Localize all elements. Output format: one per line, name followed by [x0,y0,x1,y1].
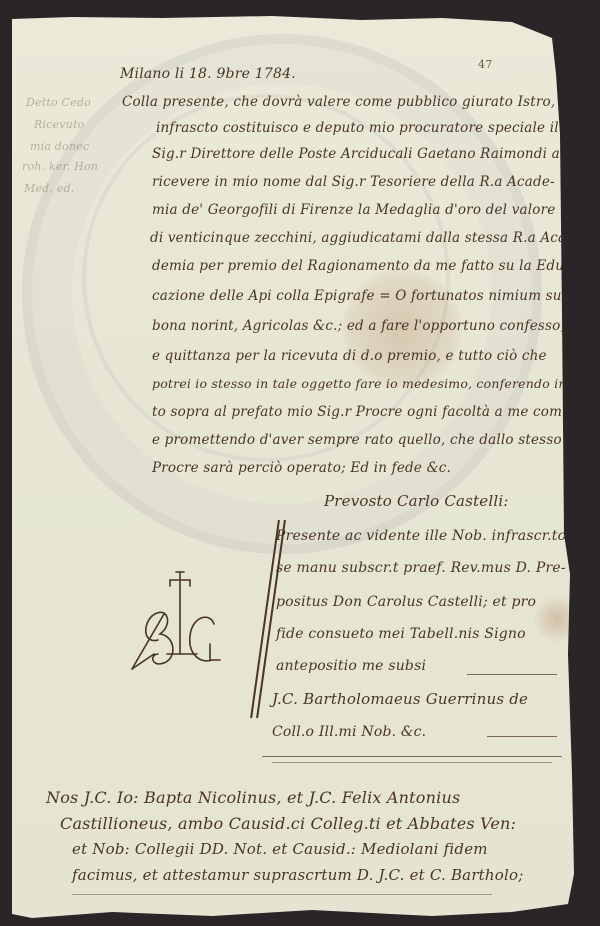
flourish-line [487,736,557,737]
body-line: Procre sarà perciò operato; Ed in fede &… [152,460,451,476]
notary-monogram-icon [122,554,242,694]
signature: Prevosto Carlo Castelli: [324,492,509,510]
body-line: Sig.r Direttore delle Poste Arciducali G… [152,146,560,162]
notarial-line: J.C. Bartholomaeus Guerrinus de [272,690,528,708]
margin-note: roh. ker. Hon [22,160,98,173]
place-date-heading: Milano li 18. 9bre 1784. [120,66,296,82]
margin-note: Detto Cedo [26,96,91,109]
attestation-line: Nos J.C. Io: Bapta Nicolinus, et J.C. Fe… [46,788,460,807]
notarial-line: Coll.o Ill.mi Nob. &c. [272,724,426,740]
manuscript-page: Detto Cedo Ricevuto mia donec roh. ker. … [12,14,574,918]
body-line: potrei io stesso in tale oggetto fare io… [152,376,600,391]
body-line: cazione delle Api colla Epigrafe = O for… [152,288,586,304]
brown-stain-small [532,594,582,644]
notarial-line: Presente ac vidente ille Nob. infrascr.t… [276,528,566,544]
separator-rule [262,756,562,757]
body-line: di venticinque zecchini, aggiudicatami d… [150,230,571,246]
body-line: infrascto costituisco e deputo mio procu… [156,120,559,136]
body-line: Colla presente, che dovrà valere come pu… [122,94,574,110]
body-line: ricevere in mio nome dal Sig.r Tesoriere… [152,174,555,190]
attestation-line: facimus, et attestamur suprascrtum D. J.… [72,866,524,884]
flourish-line [467,674,557,675]
body-line: demia per premio del Ragionamento da me … [152,258,569,274]
notarial-line: positus Don Carolus Castelli; et pro [276,594,536,610]
flourish-line [72,894,492,895]
body-line: bona norint, Agricolas &c.; ed a fare l'… [152,318,565,334]
notarial-line: antepositio me subsi [276,658,426,674]
margin-note: mia donec [30,140,89,153]
attestation-line: et Nob: Collegii DD. Not. et Causid.: Me… [72,840,488,858]
margin-note: Ricevuto [34,118,84,131]
attestation-line: Castillioneus, ambo Causid.ci Colleg.ti … [60,814,516,833]
folio-number: 47 [478,58,492,71]
body-line: e promettendo d'aver sempre rato quello,… [152,432,600,448]
margin-note: Med. ed. [24,182,74,195]
body-line: mia de' Georgofili di Firenze la Medagli… [152,202,555,218]
notarial-line: fide consueto mei Tabell.nis Signo [276,626,526,642]
body-line: e quittanza per la ricevuta di d.o premi… [152,348,547,364]
separator-rule [272,762,552,763]
body-line: to sopra al prefato mio Sig.r Procre ogn… [152,404,600,420]
notarial-line: se manu subscr.t praef. Rev.mus D. Pre- [276,560,566,576]
